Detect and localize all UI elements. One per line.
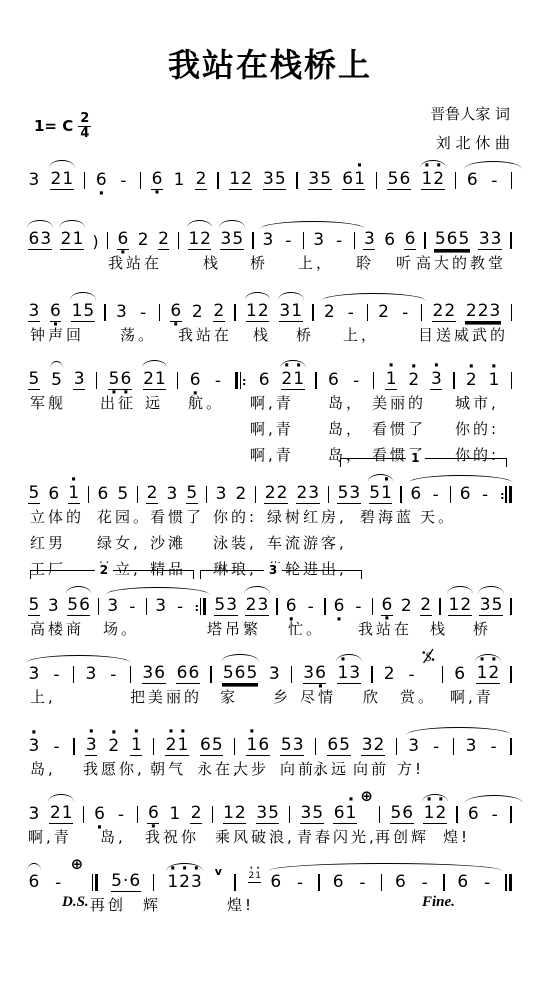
- slur-arc: [59, 220, 85, 228]
- sheet-music-page: 我站在栈桥上 1= C 2 4 晋鲁人家 词 刘 北 休 曲 3216-6121…: [0, 0, 540, 990]
- breath-mark-icon: v: [215, 866, 222, 877]
- lyric-segment: 目送威武的: [418, 324, 508, 345]
- barline: [396, 738, 397, 755]
- barline: [178, 232, 179, 249]
- note-group: 1: [68, 485, 80, 504]
- barline: [456, 806, 457, 823]
- note-group: 1: [385, 371, 397, 390]
- note-group: 2: [191, 304, 203, 322]
- note-group: 2: [465, 372, 477, 390]
- note-group: 6: [332, 874, 344, 892]
- barline: [255, 486, 256, 503]
- music-system: 36153-62212312-2-22223钟声回荡。我站在栈桥上，目送威武的: [0, 288, 540, 348]
- barline: [146, 598, 147, 615]
- lyric-segment: 航。: [188, 392, 224, 413]
- barline: [289, 806, 290, 823]
- slur-arc: [475, 654, 501, 662]
- lyric-row: 钟声回荡。我站在栈桥上，目送威武的: [0, 322, 540, 348]
- note-group: 61: [342, 171, 366, 190]
- note-group: 3: [28, 738, 40, 756]
- lyric-segment: 红男: [30, 532, 66, 553]
- duration-dash: -: [333, 233, 345, 250]
- slur-arc: [278, 292, 304, 300]
- lyric-segment: 向前: [353, 758, 389, 779]
- barline: [210, 666, 211, 683]
- note-group: 1: [169, 806, 181, 824]
- barline: [291, 666, 292, 683]
- note-group: 15: [71, 303, 95, 322]
- lyric-row: 岛,我愿你,朝气永在,大步向前,永远向前方!: [0, 756, 540, 782]
- note-group: 56: [390, 805, 414, 824]
- duration-dash: -: [488, 173, 500, 190]
- note-group: 56: [387, 171, 411, 190]
- note-group: 6: [466, 172, 478, 190]
- ending-bracket: 1: [340, 458, 507, 467]
- note-group: 35: [300, 805, 324, 824]
- note-group: 3: [166, 486, 178, 504]
- slur-arc: [221, 654, 258, 662]
- barline: [324, 598, 325, 615]
- barline: [367, 304, 368, 321]
- note-group: 6: [48, 486, 60, 504]
- note-group: 6: [28, 874, 40, 892]
- lyric-segment: 栈: [253, 324, 271, 345]
- note-group: 6: [333, 598, 345, 616]
- lyric-segment: 花园。: [97, 506, 151, 527]
- music-system: 6321)62212353-3-36656533我站在栈桥上，聆听高大的教堂: [0, 216, 540, 276]
- lyric-segment: 天。: [420, 506, 456, 527]
- repeat-barline: :: [194, 598, 207, 615]
- segno-icon: S: [428, 667, 431, 684]
- lyric-segment: 看惯了: [372, 418, 426, 439]
- lyric-segment: 尽情: [300, 686, 336, 707]
- slur-arc: [26, 655, 131, 663]
- slur-arc: [142, 360, 168, 368]
- notation-line: 55356216-:6216-12321: [28, 356, 512, 390]
- note-group: 3: [116, 304, 128, 322]
- duration-dash: -: [489, 807, 501, 824]
- ending-number: 1: [406, 451, 424, 465]
- barline: [83, 806, 84, 823]
- music-system: 3216-61212353561⊕56126-啊,青岛,我祝你乘风破浪,青春闪光…: [0, 790, 540, 850]
- lyric-segment: 荡。: [120, 324, 156, 345]
- lyric-segment: 美丽的: [372, 392, 426, 413]
- barline: [140, 172, 141, 189]
- lyric-segment: 乘风破浪,: [215, 826, 295, 847]
- notation-line: 5616523532222353516-6-:: [28, 470, 512, 504]
- barline: [73, 738, 74, 755]
- svg-text:S: S: [425, 649, 432, 664]
- lyric-segment: 车流游客,: [267, 532, 347, 553]
- barline: [328, 486, 329, 503]
- lyric-segment: 啊,青: [250, 418, 294, 439]
- note-group: 56: [67, 597, 91, 616]
- lyric-segment: 看惯了: [150, 506, 204, 527]
- lyric-row: 立体的花园。看惯了你的:绿树红房,碧海蓝天。: [0, 504, 540, 530]
- note-group: 3: [155, 598, 167, 616]
- duration-dash: -: [356, 875, 368, 892]
- note-group: 2: [378, 304, 390, 322]
- barline: [252, 232, 253, 249]
- score: 3216-6121235356156126-6321)62212353-3-36…: [0, 0, 540, 990]
- note-group: 12: [448, 597, 472, 616]
- barline: [315, 738, 316, 755]
- slur-arc: [464, 161, 522, 169]
- note-group: 6: [258, 372, 270, 390]
- slur-arc: [420, 160, 446, 168]
- note-group: 6: [97, 486, 109, 504]
- duration-dash: -: [430, 487, 442, 504]
- duration-dash: -: [107, 667, 119, 684]
- note-group: 21: [143, 371, 167, 390]
- barline: [98, 598, 99, 615]
- note-group: 2: [235, 486, 247, 504]
- note-group: 12: [223, 805, 247, 824]
- note-group: 21: [60, 231, 84, 250]
- notation-line: 3216-6121235356156126-: [28, 156, 512, 190]
- barline: [372, 598, 373, 615]
- lyric-segment: 啊,青: [450, 686, 494, 707]
- lyric-row: 军舰出征远航。啊,青岛，美丽的城市,: [0, 390, 540, 416]
- note-group: 6: [94, 806, 106, 824]
- barline: [424, 232, 425, 249]
- barline: [510, 666, 511, 683]
- barline: [373, 372, 374, 389]
- lyric-segment: 出征: [100, 392, 136, 413]
- note-group: 6: [459, 486, 471, 504]
- lyric-segment: 忙。: [288, 618, 324, 639]
- barline: [159, 304, 160, 321]
- ending-number: 3: [264, 563, 282, 577]
- segno-glyph: S: [421, 647, 436, 665]
- note-group: 21: [49, 805, 73, 824]
- barline: [296, 172, 297, 189]
- note-group: 21: [281, 371, 305, 390]
- note-group: 6: [285, 598, 297, 616]
- duration-dash: -: [399, 305, 411, 322]
- duration-dash: -: [51, 739, 63, 756]
- note-group: 6: [384, 232, 396, 250]
- lyric-segment: 方!: [397, 758, 424, 779]
- notation-line: 6321)62212353-3-36656533: [28, 216, 512, 250]
- duration-dash: -: [305, 599, 317, 616]
- duration-dash: -: [430, 739, 442, 756]
- lyric-segment: 绿女,: [97, 532, 141, 553]
- note-group: 12: [188, 231, 212, 250]
- note-group: 2: [195, 171, 207, 190]
- notation-line: 3216-61212353561⊕56126-: [28, 790, 512, 824]
- slur-arc: [280, 360, 306, 368]
- duration-dash: -: [212, 373, 224, 390]
- duration-dash: -: [126, 599, 138, 616]
- lyric-row: 红男绿女,沙滩泳装,车流游客,: [0, 530, 540, 556]
- lyric-segment: 大步: [233, 758, 269, 779]
- note-group: 5: [28, 371, 40, 390]
- slur-arc: [66, 586, 92, 594]
- barline: [455, 172, 456, 189]
- barline: [88, 486, 89, 503]
- note-group: 5: [28, 485, 40, 504]
- lyric-segment: 岛，: [328, 392, 364, 413]
- barline: [510, 232, 511, 249]
- barline: [453, 372, 454, 389]
- note-group: 35: [263, 171, 287, 190]
- barline: [381, 874, 382, 891]
- note-group: 5: [28, 597, 40, 616]
- note-group: 3: [313, 232, 325, 250]
- coda-icon: ⊕: [77, 875, 80, 892]
- lyric-segment: 岛,: [100, 826, 126, 847]
- note-group: 565: [222, 665, 257, 684]
- lyric-segment: 栈: [203, 252, 221, 273]
- note-group: 53: [280, 737, 304, 756]
- lyric-segment: 泳装,: [213, 532, 257, 553]
- barline: [312, 304, 313, 321]
- slur-arc: [406, 727, 511, 735]
- note-group: 66: [176, 665, 200, 684]
- lyric-segment: 栈: [430, 618, 448, 639]
- music-system: 55356216-:6216-12321军舰出征远航。啊,青岛，美丽的城市,啊,…: [0, 356, 540, 468]
- note-group: 3: [268, 666, 280, 684]
- barline: [107, 232, 108, 249]
- note-group: 3: [430, 371, 442, 390]
- note-group: 3: [28, 666, 40, 684]
- note-group: 61: [333, 805, 357, 824]
- note-group: 16: [246, 737, 270, 756]
- lyric-segment: 我愿你,: [83, 758, 145, 779]
- barline: [84, 172, 85, 189]
- duration-dash: -: [50, 667, 62, 684]
- note-group: 3: [28, 806, 40, 824]
- notation-line: 3-3212165165365323-3-: [28, 722, 512, 756]
- lyric-segment: 煌!: [227, 894, 254, 915]
- note-group: 2: [323, 304, 335, 322]
- lyric-row: 高楼商场。塔吊繁忙。我站在栈桥: [0, 616, 540, 642]
- notation-line: 6-⊕5·6123v216-6-6-6-: [28, 858, 512, 892]
- note-group: 6: [170, 303, 182, 322]
- note-group: 6: [50, 303, 62, 322]
- lyric-segment: 钟声回: [30, 324, 84, 345]
- lyric-segment: 聆: [356, 252, 374, 273]
- note-group: 2: [383, 666, 395, 684]
- barline: [453, 738, 454, 755]
- duration-dash: -: [406, 667, 418, 684]
- note-group: 12: [421, 171, 445, 190]
- barline: [234, 874, 235, 891]
- note-group: 2: [190, 805, 202, 824]
- note-group: 12: [246, 303, 270, 322]
- note-group: 3: [363, 231, 375, 250]
- lyric-segment: 你的:: [455, 418, 499, 439]
- lyric-row: 啊,青岛，看惯了你的:: [0, 416, 540, 442]
- slur-arc: [27, 220, 53, 228]
- duration-dash: -: [488, 739, 500, 756]
- note-group: 23: [245, 597, 269, 616]
- slur-arc: [336, 654, 362, 662]
- barline: [510, 598, 511, 615]
- music-system: 3-3-3666565336132-S612上,把美丽的家乡尽情欣赏。啊,青: [0, 650, 540, 710]
- duration-dash: -: [479, 487, 491, 504]
- barline: [153, 738, 154, 755]
- barline: [354, 232, 355, 249]
- note-group: 6: [95, 172, 107, 190]
- slur-arc: [465, 795, 523, 803]
- note-group: 3: [73, 371, 85, 390]
- barline: [511, 372, 512, 389]
- ending-number: 2: [95, 563, 113, 577]
- barline: [315, 372, 316, 389]
- note-group: 223: [465, 303, 500, 322]
- note-group: 5·6: [111, 873, 141, 892]
- barline: [318, 874, 319, 891]
- note-group: 56: [108, 371, 132, 390]
- lyric-segment: 塔吊繁: [207, 618, 261, 639]
- note-group: 22: [264, 485, 288, 504]
- slur-arc: [422, 794, 448, 802]
- note-group: 3: [28, 172, 40, 190]
- note-group: 3: [85, 737, 97, 756]
- lyric-segment: 立体的: [30, 506, 84, 527]
- note-group: 21: [165, 737, 189, 756]
- lyric-segment: 赏。: [400, 686, 436, 707]
- barline: [371, 666, 372, 683]
- lyric-segment: 朝气: [150, 758, 186, 779]
- lyric-row: D.S.再创辉煌!Fine.: [0, 892, 540, 918]
- double-barline: [92, 874, 98, 891]
- duration-dash: -: [345, 305, 357, 322]
- barline: [303, 232, 304, 249]
- slur-arc: [50, 361, 64, 369]
- barline: [137, 806, 138, 823]
- lyric-segment: 把美丽的: [130, 686, 202, 707]
- lyric-segment: 我祝你: [145, 826, 199, 847]
- music-system: 3-3212165165365323-3-岛,我愿你,朝气永在,大步向前,永远向…: [0, 722, 540, 782]
- lyric-segment: 永远: [313, 758, 349, 779]
- barline: [153, 874, 154, 891]
- note-group: 6: [454, 666, 466, 684]
- duration-dash: -: [282, 233, 294, 250]
- slur-arc: [70, 292, 96, 300]
- note-group: 6: [467, 806, 479, 824]
- lyric-segment: 沙滩: [150, 532, 186, 553]
- barline: [511, 172, 512, 189]
- note-group: 2: [108, 738, 120, 756]
- barline: [177, 372, 178, 389]
- note-group: 22: [432, 303, 456, 322]
- lyric-segment: 上,: [30, 686, 56, 707]
- note-group: 3: [215, 486, 227, 504]
- note-group: 65: [327, 737, 351, 756]
- lyric-row: 上,把美丽的家乡尽情欣赏。啊,青: [0, 684, 540, 710]
- note-group: 2: [158, 231, 170, 250]
- lyric-segment: 桥: [250, 252, 268, 273]
- note-group: 6: [457, 874, 469, 892]
- lyric-segment: 桥: [296, 324, 314, 345]
- barline: [137, 486, 138, 503]
- note-group: 12: [423, 805, 447, 824]
- slur-arc: [478, 586, 504, 594]
- lyric-segment: 我站在: [178, 324, 232, 345]
- note-group: 6: [404, 231, 416, 250]
- notation-line: 3-3-3666565336132-S612: [28, 650, 512, 684]
- duration-dash: -: [174, 599, 186, 616]
- note-group: 32: [361, 737, 385, 756]
- note-group: 6: [151, 171, 163, 190]
- slur-arc: [219, 220, 245, 228]
- barline: [511, 304, 512, 321]
- slur-arc: [187, 220, 213, 228]
- lyric-segment: 青春闪光,: [297, 826, 377, 847]
- barline: [510, 738, 511, 755]
- slur-arc: [27, 863, 41, 871]
- notation-line: 53563-3-:53236-6-6221235: [28, 582, 512, 616]
- note-group: 35: [256, 805, 280, 824]
- note-group: 2: [420, 597, 432, 616]
- slur-arc: [408, 475, 513, 483]
- note-group: 33: [478, 231, 502, 250]
- barline: [421, 304, 422, 321]
- slur-arc: [268, 863, 503, 871]
- note-group: 5: [51, 372, 63, 390]
- barline: [96, 372, 97, 389]
- note-group: 12: [229, 171, 253, 190]
- lyric-segment: 再创辉: [375, 826, 429, 847]
- barline: [379, 806, 380, 823]
- barline: [442, 666, 443, 683]
- note-group: 1: [173, 172, 185, 190]
- barline: [206, 486, 207, 503]
- note-group: 6: [395, 874, 407, 892]
- note-group: 6: [189, 372, 201, 390]
- lyric-segment: 辉: [143, 894, 161, 915]
- barline: [73, 666, 74, 683]
- lyric-segment: 我站在: [358, 618, 412, 639]
- grace-notes: 21: [248, 872, 261, 883]
- note-group: 51: [369, 485, 393, 504]
- lyric-segment: 军舰: [30, 392, 66, 413]
- note-group: 1: [130, 737, 142, 756]
- duration-dash: -: [52, 875, 64, 892]
- slur-arc: [48, 794, 74, 802]
- coda-icon: ⊕: [366, 807, 369, 824]
- barline: [450, 486, 451, 503]
- barline: [400, 486, 401, 503]
- note-group: 2: [400, 598, 412, 616]
- double-barline: [505, 874, 511, 891]
- duration-dash: -: [294, 875, 306, 892]
- lyric-row: 啊,青岛,我祝你乘风破浪,青春闪光,再创辉煌!: [0, 824, 540, 850]
- lyric-segment: 高大的教堂: [416, 252, 506, 273]
- music-system: 6-⊕5·6123v216-6-6-6-D.S.再创辉煌!Fine.: [0, 858, 540, 918]
- lyric-segment: 岛,: [30, 758, 56, 779]
- lyric-segment: Fine.: [422, 894, 455, 911]
- lyric-segment: 桥: [473, 618, 491, 639]
- note-group: 565: [434, 231, 469, 250]
- note-group: 3: [262, 232, 274, 250]
- duration-dash: -: [350, 373, 362, 390]
- duration-dash: -: [137, 305, 149, 322]
- note-group: 3: [408, 738, 420, 756]
- barline: [439, 598, 440, 615]
- note-group: 53: [214, 597, 238, 616]
- lyric-segment: 家: [220, 686, 238, 707]
- note-group: 6: [381, 597, 393, 616]
- note-group: 36: [303, 665, 327, 684]
- slur-arc: [49, 160, 75, 168]
- note-group: 12: [476, 665, 500, 684]
- barline: [212, 806, 213, 823]
- note-group: 31: [279, 303, 303, 322]
